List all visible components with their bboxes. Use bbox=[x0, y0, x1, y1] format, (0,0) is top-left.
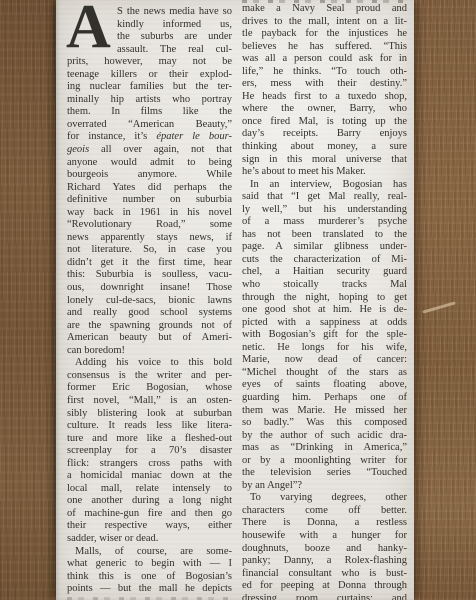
article-line: consensus is the writer and per- bbox=[67, 370, 232, 383]
article-line: first novel, “Mall,” is an osten- bbox=[67, 395, 232, 408]
article-line: minally hip artists who portray bbox=[67, 94, 232, 107]
article-line: “Michel thought of the stars as bbox=[242, 367, 407, 380]
article-line: think this is one of Bogosian’s bbox=[67, 571, 232, 584]
article-line: Richard Yates did perhaps the bbox=[67, 182, 232, 195]
article-line: points — but the mall he depicts bbox=[67, 583, 232, 596]
article-line: He heads first to a tuxedo shop, bbox=[242, 91, 407, 104]
article-line: characters come off better. bbox=[242, 505, 407, 518]
article-line: ly well,” but his understanding bbox=[242, 204, 407, 217]
article-line: teenage killers or their explod- bbox=[67, 69, 232, 82]
article-line: financial consultant who is bust- bbox=[242, 568, 407, 581]
article-line: he’s about to meet his Maker. bbox=[242, 166, 407, 179]
article-line: screenplay for a 70’s disaster bbox=[67, 445, 232, 458]
article-line: through the night, hoping to get bbox=[242, 292, 407, 305]
article-line: has not been translated to the bbox=[242, 229, 407, 242]
article-line: by an Angel”? bbox=[242, 480, 407, 493]
article-line: lonely cul-de-sacs, bionic lawns bbox=[67, 295, 232, 308]
article-line: sadder, wiser or dead. bbox=[67, 533, 232, 546]
article-line: Adding his voice to this bold bbox=[67, 357, 232, 370]
article-line: page. A similar glibness under- bbox=[242, 241, 407, 254]
article-line: the suburbs are under bbox=[67, 31, 232, 44]
article-line: former Eric Bogosian, whose bbox=[67, 382, 232, 395]
article-line: S the news media have so bbox=[67, 6, 232, 19]
article-line: doughnuts, booze and hanky- bbox=[242, 543, 407, 556]
article-line: a homicidal maniac down at the bbox=[67, 470, 232, 483]
article-line: are the spawning grounds not of bbox=[67, 320, 232, 333]
article-line: ture and more like a fleshed-out bbox=[67, 433, 232, 446]
article-line: their respective ways, either bbox=[67, 520, 232, 533]
article-line: definitive number on suburbia bbox=[67, 194, 232, 207]
article-line: for instance, it’s épater le bour- bbox=[67, 131, 232, 144]
article-line: panky; Danny, a Rolex-flashing bbox=[242, 555, 407, 568]
article-line: housewife with a hunger for bbox=[242, 530, 407, 543]
article-line: not literature. So, in case you bbox=[67, 244, 232, 257]
article-line: the television series “Touched bbox=[242, 467, 407, 480]
article-line: anyone would admit to being bbox=[67, 157, 232, 170]
article-line: sibly blistering look at suburban bbox=[67, 408, 232, 421]
article-line: didn’t get it the first time, hear bbox=[67, 257, 232, 270]
article-line: flick: strangers cross paths with bbox=[67, 458, 232, 471]
article-line: was all a person could ask for in bbox=[242, 53, 407, 66]
wood-scratch-mark bbox=[422, 301, 456, 313]
article-line: believes he has suffered. “This bbox=[242, 41, 407, 54]
article-line: where the owner, Barry, who bbox=[242, 103, 407, 116]
article-line: one another during a long night bbox=[67, 495, 232, 508]
article-line: who stoically tracks Mal bbox=[242, 279, 407, 292]
article-line: of a mass murderer’s psyche bbox=[242, 216, 407, 229]
article-line: this: Suburbia is soulless, vacu- bbox=[67, 269, 232, 282]
article-line: sign in this moral universe that bbox=[242, 154, 407, 167]
article-line: one good shot at him. He is de- bbox=[242, 304, 407, 317]
article-line: prits, however, may not be bbox=[67, 56, 232, 69]
article-line: mas as “Drinking in America,” bbox=[242, 442, 407, 455]
article-line: them was Marie. He missed her bbox=[242, 405, 407, 418]
article-line: In an interview, Bogosian has bbox=[242, 179, 407, 192]
article-line: by the author of such acidic dra- bbox=[242, 430, 407, 443]
article-line: make a Navy Seal proud and bbox=[242, 3, 407, 16]
article-line: chel, a Haitian security guard bbox=[242, 266, 407, 279]
article-line: There is Donna, a restless bbox=[242, 517, 407, 530]
article-line: overrated “American Beauty,” bbox=[67, 119, 232, 132]
article-line: ed for peeping at Donna through bbox=[242, 580, 407, 593]
article-line: cuts the characterization of Mi- bbox=[242, 254, 407, 267]
article-line: day’s receipts. Barry enjoys bbox=[242, 128, 407, 141]
article-line: tle payback for the injustices he bbox=[242, 28, 407, 41]
article-line: way back in 1961 in his novel bbox=[67, 207, 232, 220]
article-line: what generic to begin with — I bbox=[67, 558, 232, 571]
article-line: ing nuclear families but the ter- bbox=[67, 81, 232, 94]
article-line: dressing room curtains; and bbox=[242, 593, 407, 600]
article-column-right: make a Navy Seal proud anddrives to the … bbox=[242, 0, 407, 600]
article-line: Marie, now dead of cancer: bbox=[242, 354, 407, 367]
article-line: life,” he thinks. “To touch oth- bbox=[242, 66, 407, 79]
article-line: bourgeois anymore. While bbox=[67, 169, 232, 182]
article-line: To varying degrees, other bbox=[242, 492, 407, 505]
article-line: drives to the mall, intent on a lit- bbox=[242, 16, 407, 29]
article-line: assault. The real cul- bbox=[67, 44, 232, 57]
article-line: local mall, relate intensely to bbox=[67, 483, 232, 496]
article-line: and really good school systems bbox=[67, 307, 232, 320]
article-line: thinking about money, a sure bbox=[242, 141, 407, 154]
article-line: American beauty but of Ameri- bbox=[67, 332, 232, 345]
article-line: guarding him. Perhaps one of bbox=[242, 392, 407, 405]
article-line: ers, mess with their destiny.” bbox=[242, 78, 407, 91]
article-line: said that “I get Mal really, real- bbox=[242, 191, 407, 204]
article-line: Malls, of course, are some- bbox=[67, 546, 232, 559]
article-line: news apparently stays news, if bbox=[67, 232, 232, 245]
wood-background-right bbox=[408, 0, 476, 600]
article-line: can boredom! bbox=[67, 345, 232, 358]
article-line: eyes of saints floating above, bbox=[242, 379, 407, 392]
article-line: so badly.” Was this composed bbox=[242, 417, 407, 430]
article-line: netic. He longs for his wife, bbox=[242, 342, 407, 355]
cropped-text-top-edge bbox=[242, 0, 404, 3]
article-line: with Bogosian’s gift for the sple- bbox=[242, 329, 407, 342]
article-line: picted with a sappiness at odds bbox=[242, 317, 407, 330]
article-line: once fired Mal, is toting up the bbox=[242, 116, 407, 129]
article-line: culture. It reads less like litera- bbox=[67, 420, 232, 433]
article-column-left: S the news media have sokindly informed … bbox=[67, 0, 232, 596]
article-line: of machine-gun fire and then go bbox=[67, 508, 232, 521]
newspaper-clipping: A S the news media have sokindly informe… bbox=[56, 0, 414, 600]
wood-background-left bbox=[0, 0, 62, 600]
article-line: ous, downright insane! Those bbox=[67, 282, 232, 295]
article-line: or by a moonlighting writer for bbox=[242, 455, 407, 468]
article-line: kindly informed us, bbox=[67, 19, 232, 32]
article-line: them. In films like the bbox=[67, 106, 232, 119]
article-line: geois all over again, not that bbox=[67, 144, 232, 157]
article-line: “Revolutionary Road,” some bbox=[67, 219, 232, 232]
